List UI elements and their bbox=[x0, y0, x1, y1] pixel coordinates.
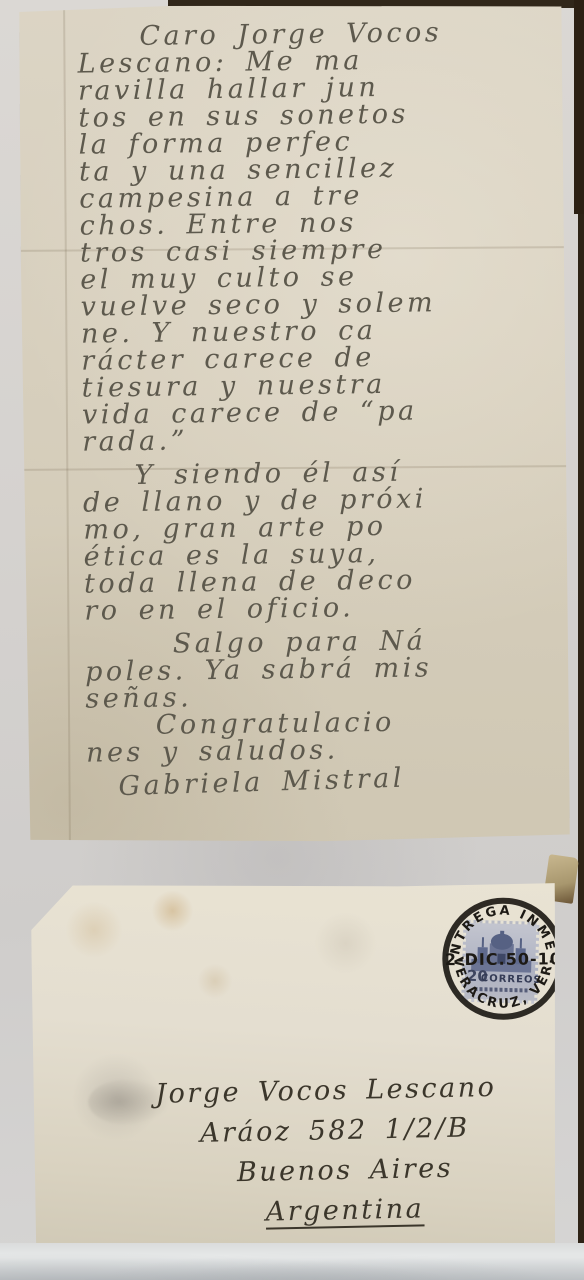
photo-frame: Caro Jorge Vocos Lescano: Me ma ravilla … bbox=[0, 0, 584, 1280]
envelope: 20 CORREOS ENTREGA INMED VERACRUZ, VER. … bbox=[31, 882, 557, 1257]
letter-body: Caro Jorge Vocos Lescano: Me ma ravilla … bbox=[43, 18, 564, 797]
address-line: Buenos Aires bbox=[237, 1147, 558, 1193]
backing-edge-right bbox=[574, 0, 584, 214]
tissue-paper bbox=[0, 1243, 584, 1280]
envelope-address: Jorge Vocos Lescano Aráoz 582 1/2/B Buen… bbox=[31, 1067, 558, 1237]
address-line: Argentina bbox=[265, 1187, 558, 1233]
postmark: ENTREGA INMED VERACRUZ, VER. 2-DIC.50-10 bbox=[435, 890, 572, 1027]
address-line: Jorge Vocos Lescano bbox=[155, 1067, 556, 1115]
letter-sheet: Caro Jorge Vocos Lescano: Me ma ravilla … bbox=[19, 3, 570, 845]
postmark-date: 2-DIC.50-10 bbox=[445, 949, 562, 969]
letter-line: ro en el oficio. bbox=[84, 592, 562, 625]
